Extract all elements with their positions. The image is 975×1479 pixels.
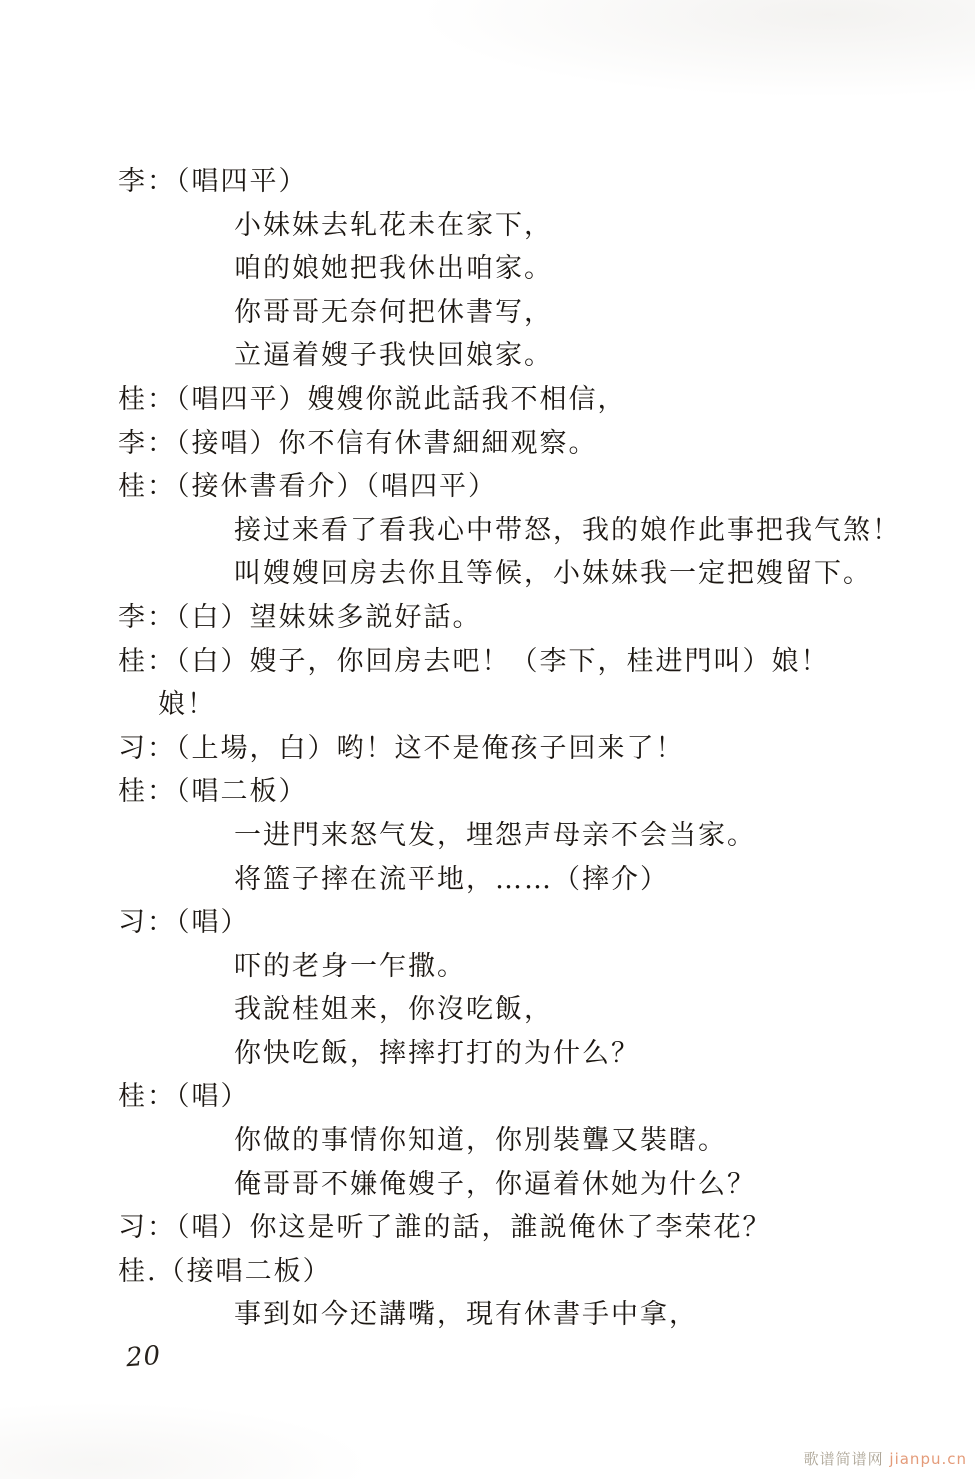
script-line-speaker: 李：（唱四平） xyxy=(0,160,975,204)
script-line-speaker: 桂.（接唱二板） xyxy=(0,1250,975,1294)
watermark-site-url: jianpu.cn xyxy=(889,1450,967,1468)
script-line-speaker: 习：（唱） xyxy=(0,901,975,945)
script-line: 立逼着嫂子我快回娘家。 xyxy=(0,334,975,378)
script-line: 你做的事情你知道，你別裝聾又裝瞎。 xyxy=(0,1119,975,1163)
script-line: 你快吃飯，摔摔打打的为什么？ xyxy=(0,1032,975,1076)
script-line: 事到如今还講嘴，現有休書手中拿， xyxy=(0,1293,975,1337)
script-page-scan: 李：（唱四平）小妹妹去轧花未在家下，咱的娘她把我休出咱家。你哥哥无奈何把休書写，… xyxy=(0,0,975,1479)
script-line: 你哥哥无奈何把休書写， xyxy=(0,291,975,335)
script-line: 将篮子摔在流平地，……（摔介） xyxy=(0,858,975,902)
script-line-speaker: 习：（唱）你这是听了誰的話，誰説俺休了李荣花？ xyxy=(0,1206,975,1250)
script-line-speaker: 桂：（唱） xyxy=(0,1075,975,1119)
script-line: 我說桂姐来，你沒吃飯， xyxy=(0,988,975,1032)
script-text-block: 李：（唱四平）小妹妹去轧花未在家下，咱的娘她把我休出咱家。你哥哥无奈何把休書写，… xyxy=(0,160,975,1337)
script-line: 小妹妹去轧花未在家下， xyxy=(0,204,975,248)
script-line: 咱的娘她把我休出咱家。 xyxy=(0,247,975,291)
script-line: 一进門来怒气发，埋怨声母亲不会当家。 xyxy=(0,814,975,858)
script-line: 俺哥哥不嫌俺嫂子，你逼着休她为什么？ xyxy=(0,1163,975,1207)
script-line-speaker: 习：（上場，白）哟！这不是俺孩子回来了！ xyxy=(0,727,975,771)
page-number: 20 xyxy=(125,1341,162,1373)
script-line-speaker: 李：（白）望妹妹多説好話。 xyxy=(0,596,975,640)
watermark: 歌谱简谱网 jianpu.cn xyxy=(804,1448,967,1469)
script-line-speaker: 桂：（接休書看介）（唱四平） xyxy=(0,465,975,509)
script-line-speaker: 桂：（唱四平）嫂嫂你説此話我不相信， xyxy=(0,378,975,422)
script-line: 吓的老身一乍撒。 xyxy=(0,945,975,989)
script-line: 娘！ xyxy=(0,683,975,727)
script-line: 接过来看了看我心中带怒，我的娘作此事把我气煞！ xyxy=(0,509,975,553)
script-line-speaker: 李：（接唱）你不信有休書細細观察。 xyxy=(0,422,975,466)
script-line-speaker: 桂：（白）嫂子，你回房去吧！（李下，桂进門叫）娘！ xyxy=(0,640,975,684)
script-line: 叫嫂嫂回房去你且等候，小妹妹我一定把嫂留下。 xyxy=(0,552,975,596)
script-line-speaker: 桂：（唱二板） xyxy=(0,770,975,814)
watermark-site-name: 歌谱简谱网 xyxy=(804,1450,884,1468)
